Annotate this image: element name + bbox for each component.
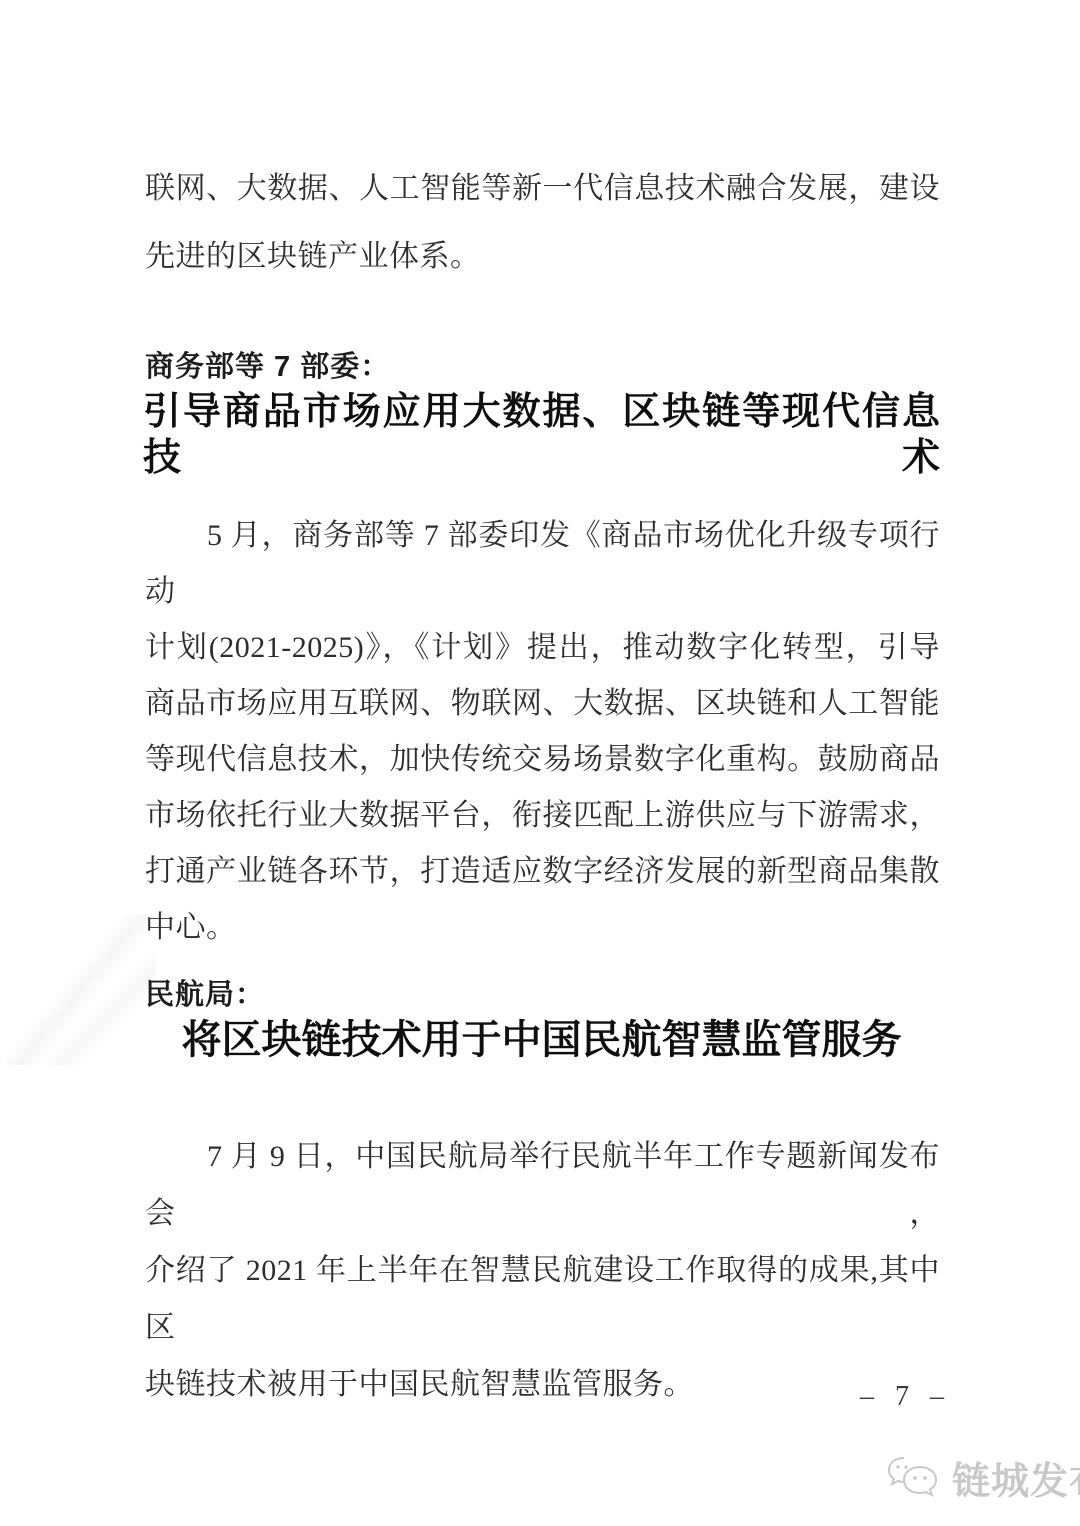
wechat-bubbles-icon [884,1453,940,1503]
section1-headline: 引导商品市场应用大数据、区块链等现代信息技术 [143,390,940,481]
body-line: 介绍了 2021 年上半年在智慧民航建设工作取得的成果,其中区 [145,1242,940,1356]
document-page: 联网、大数据、人工智能等新一代信息技术融合发展，建设 先进的区块链产业体系。 商… [0,0,1080,1526]
section1-kicker: 商务部等 7 部委： [145,344,390,385]
page-number: – 7 – [860,1381,946,1413]
body-line: 块链技术被用于中国民航智慧监管服务。 [145,1356,940,1413]
body-line: 7 月 9 日，中国民航局举行民航半年工作专题新闻发布会， [145,1128,940,1242]
intro-line: 先进的区块链产业体系。 [145,223,940,291]
body-line: 等现代信息技术，加快传统交易场景数字化重构。鼓励商品 [145,732,940,788]
channel-watermark: 链城发布 [884,1450,1080,1505]
scan-smudge-artifact [6,915,156,1065]
body-line: 计划(2021-2025)》，《计划》提出，推动数字化转型，引导 [145,620,940,676]
body-line: 商品市场应用互联网、物联网、大数据、区块链和人工智能 [145,676,940,732]
body-line: 中心。 [145,900,940,956]
body-line: 5 月，商务部等 7 部委印发《商品市场优化升级专项行动 [145,508,940,620]
intro-line: 联网、大数据、人工智能等新一代信息技术融合发展，建设 [145,155,940,223]
body-line: 市场依托行业大数据平台，衔接匹配上游供应与下游需求， [145,788,940,844]
intro-paragraph: 联网、大数据、人工智能等新一代信息技术融合发展，建设 先进的区块链产业体系。 [145,155,940,291]
section2-headline: 将区块链技术用于中国民航智慧监管服务 [143,1016,940,1064]
section2-paragraph: 7 月 9 日，中国民航局举行民航半年工作专题新闻发布会， 介绍了 2021 年… [145,1128,940,1413]
section2-kicker: 民航局： [145,972,265,1013]
section1-paragraph: 5 月，商务部等 7 部委印发《商品市场优化升级专项行动 计划(2021-202… [145,508,940,956]
watermark-label: 链城发布 [952,1450,1080,1505]
body-line: 打通产业链各环节，打造适应数字经济发展的新型商品集散 [145,844,940,900]
